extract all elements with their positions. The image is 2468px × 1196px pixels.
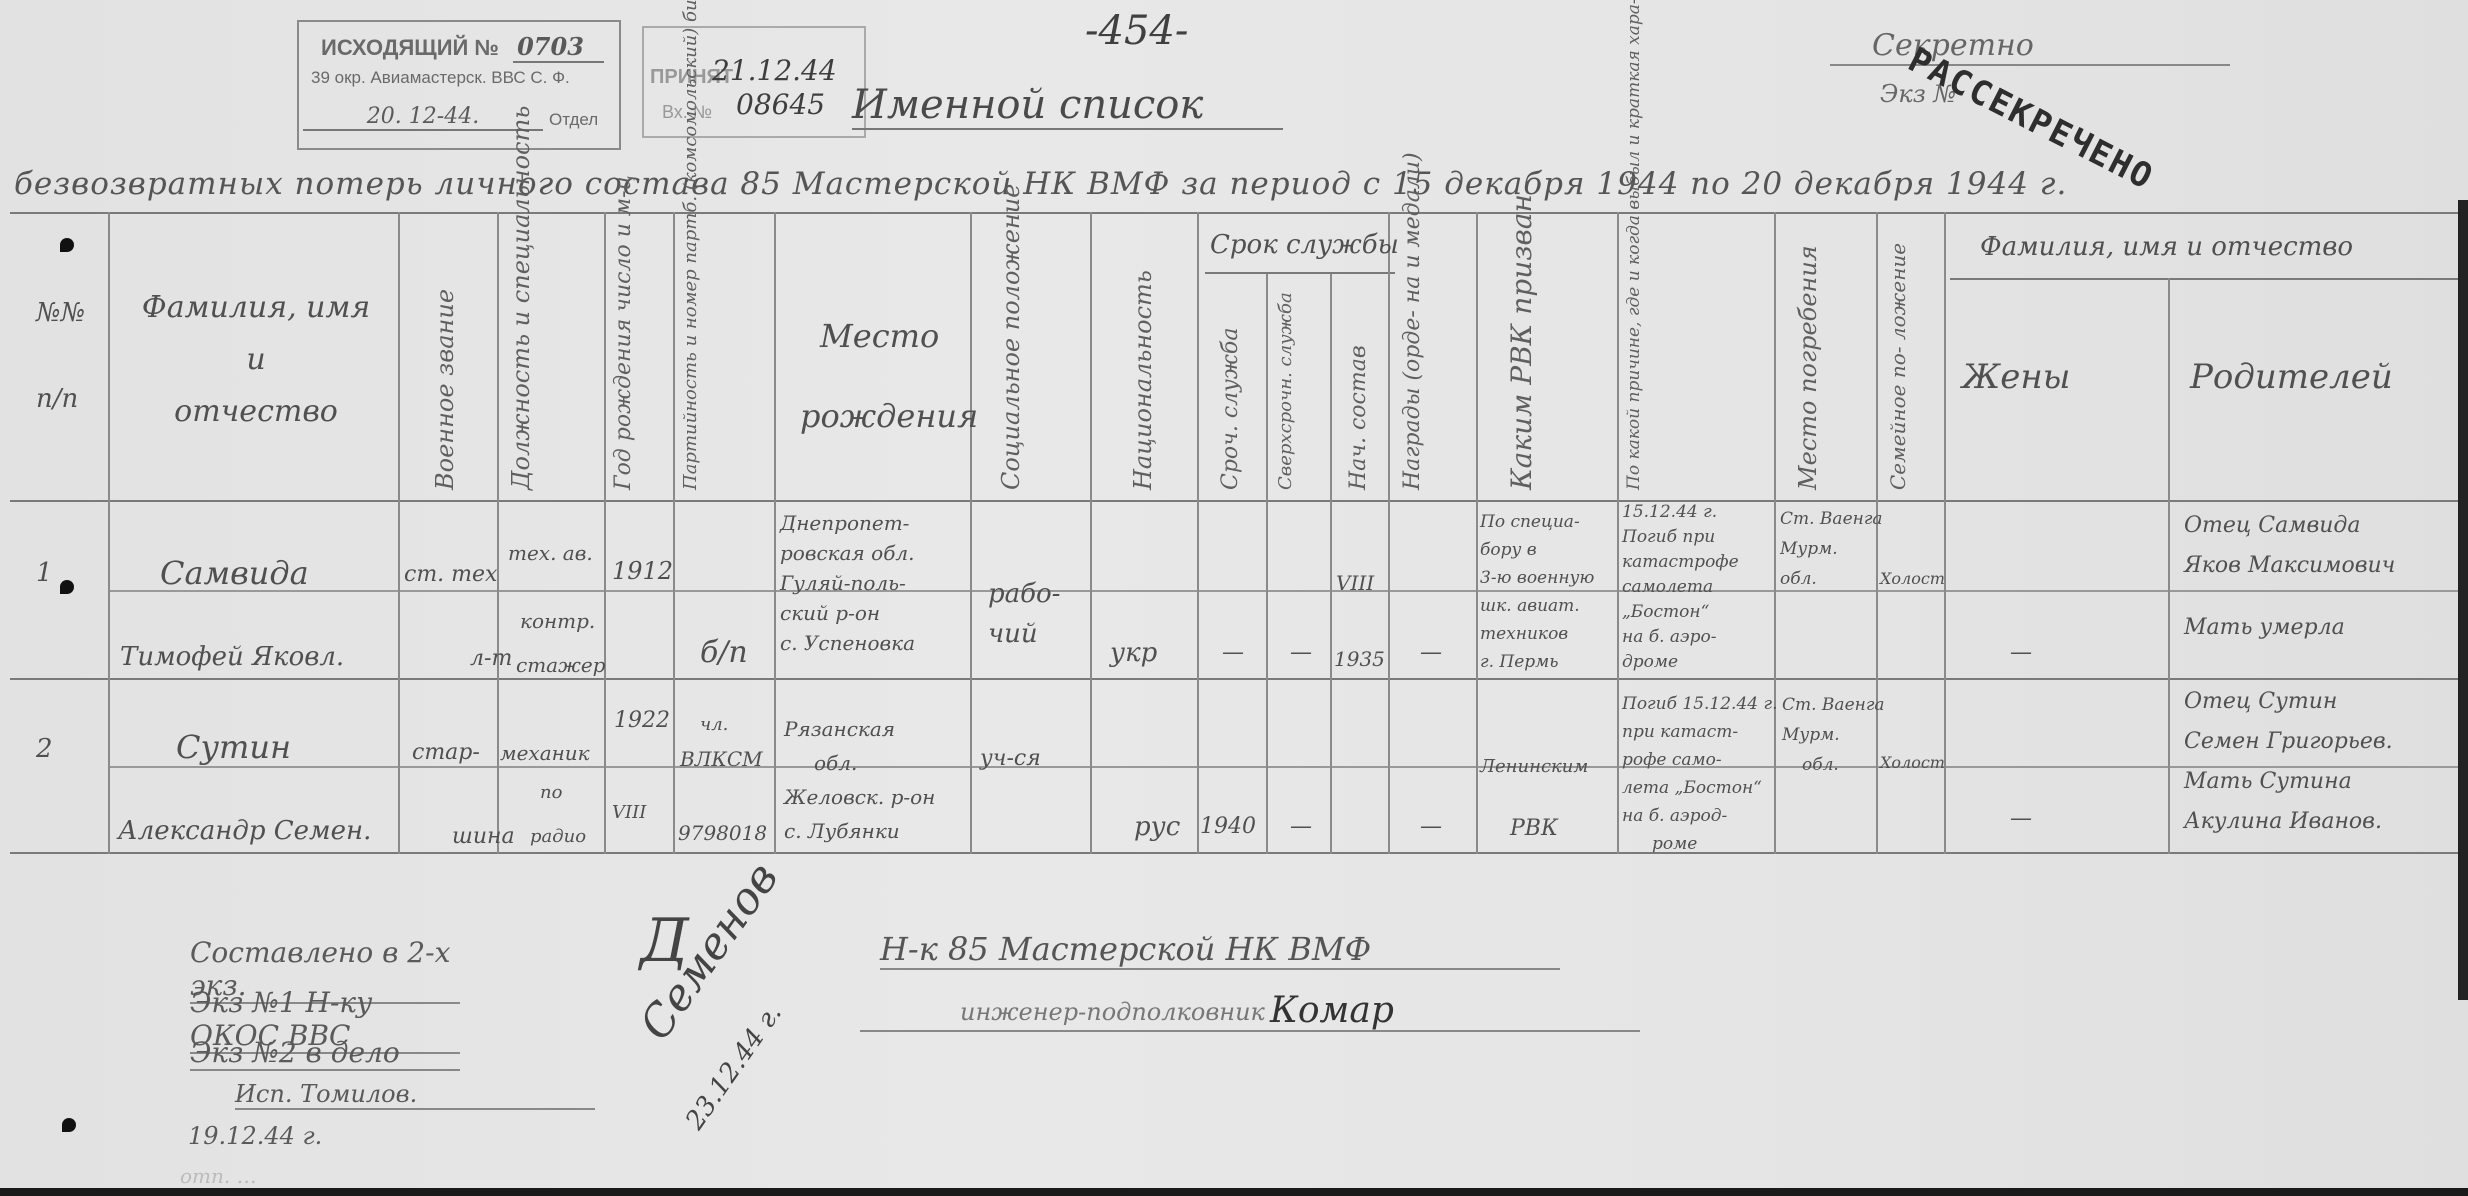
header-relatives-group: Фамилия, имя и отчество bbox=[1980, 234, 2353, 260]
header-name: Фамилия, имя и отчество bbox=[126, 282, 386, 438]
header-burial: Место погребения bbox=[1790, 260, 1826, 490]
birthplace: Рязанская обл. Желовск. р-он с. Лубянки bbox=[784, 712, 935, 848]
birthplace: Днепропет- ровская обл. Гуляй-поль- ский… bbox=[780, 508, 915, 658]
outgoing-date: 20. 12-44. bbox=[367, 104, 479, 129]
header-num: №№ п/п bbox=[36, 300, 85, 412]
resolution-date: 23.12.44 г. bbox=[680, 999, 788, 1135]
header-nationality: Национальность bbox=[1130, 220, 1156, 490]
burial: Ст. Ваенга Мурм. обл. bbox=[1780, 504, 1883, 594]
punch-hole-icon bbox=[62, 1118, 76, 1132]
header-position: Должность и специальность bbox=[508, 228, 534, 490]
header-party: Партийность и номер партб. (комсомольски… bbox=[680, 220, 702, 490]
outgoing-stamp: ИСХОДЯЩИЙ № 0703 39 окр. Авиамастерск. В… bbox=[297, 20, 621, 150]
header-birth-year: Год рождения число и м-ц bbox=[612, 226, 636, 490]
punch-hole-icon bbox=[60, 238, 74, 252]
header-conscription: Каким РВК призван bbox=[1502, 260, 1542, 490]
header-social: Социальное положение bbox=[998, 262, 1024, 490]
signatory-signature: Комар bbox=[1270, 990, 1394, 1031]
header-death: По какой причине, где и когда выбыл и кр… bbox=[1620, 216, 1649, 490]
document-title: Именной список bbox=[852, 82, 1283, 130]
header-awards: Награды (орде- на и медали) bbox=[1400, 224, 1426, 490]
incoming-number: 08645 bbox=[736, 88, 825, 121]
outgoing-stamp-org: 39 окр. Авиамастерск. ВВС С. Ф. bbox=[311, 68, 570, 88]
outgoing-dept-label: Отдел bbox=[549, 110, 598, 130]
header-birthplace: Место рождения bbox=[800, 296, 978, 456]
parents: Отец Самвида Яков Максимович Мать умерла bbox=[2184, 506, 2395, 648]
header-service-urgent: Сроч. служба bbox=[1218, 284, 1244, 490]
header-rank: Военное звание bbox=[432, 270, 458, 490]
signatory-rank: инженер-подполковник bbox=[960, 998, 1265, 1026]
outgoing-number: 0703 bbox=[513, 32, 604, 63]
outgoing-stamp-title: ИСХОДЯЩИЙ № bbox=[321, 35, 499, 60]
document-page: ИСХОДЯЩИЙ № 0703 39 окр. Авиамастерск. В… bbox=[0, 0, 2468, 1196]
header-service-group: Срок службы bbox=[1210, 232, 1399, 258]
scan-edge bbox=[0, 1188, 2468, 1196]
header-wife: Жены bbox=[1962, 364, 2070, 390]
page-number: -454- bbox=[1085, 8, 1188, 54]
conscription: По специа- бору в 3-ю военную шк. авиат.… bbox=[1480, 508, 1594, 676]
parents: Отец Сутин Семен Григорьев. Мать Сутина … bbox=[2184, 682, 2393, 842]
death-details: Погиб 15.12.44 г. при катаст- рофе само-… bbox=[1622, 690, 1777, 858]
punch-hole-icon bbox=[60, 580, 74, 594]
burial: Ст. Ваенга Мурм. обл. bbox=[1782, 690, 1885, 780]
header-family-status: Семейное по- ложение bbox=[1886, 216, 1910, 490]
document-subtitle: безвозвратных потерь личного состава 85 … bbox=[14, 166, 2067, 202]
scan-edge bbox=[2458, 200, 2468, 1000]
header-parents: Родителей bbox=[2190, 364, 2393, 390]
header-service-extended: Сверхсрочн. служба bbox=[1276, 300, 1296, 490]
incoming-date: 21.12.44 bbox=[712, 54, 837, 87]
header-service-command: Нач. состав bbox=[1346, 284, 1372, 490]
signatory-title: Н-к 85 Мастерской НК ВМФ bbox=[880, 930, 1560, 970]
death-details: 15.12.44 г. Погиб при катастрофе самолет… bbox=[1622, 500, 1739, 675]
classification-underline bbox=[1830, 64, 2230, 66]
